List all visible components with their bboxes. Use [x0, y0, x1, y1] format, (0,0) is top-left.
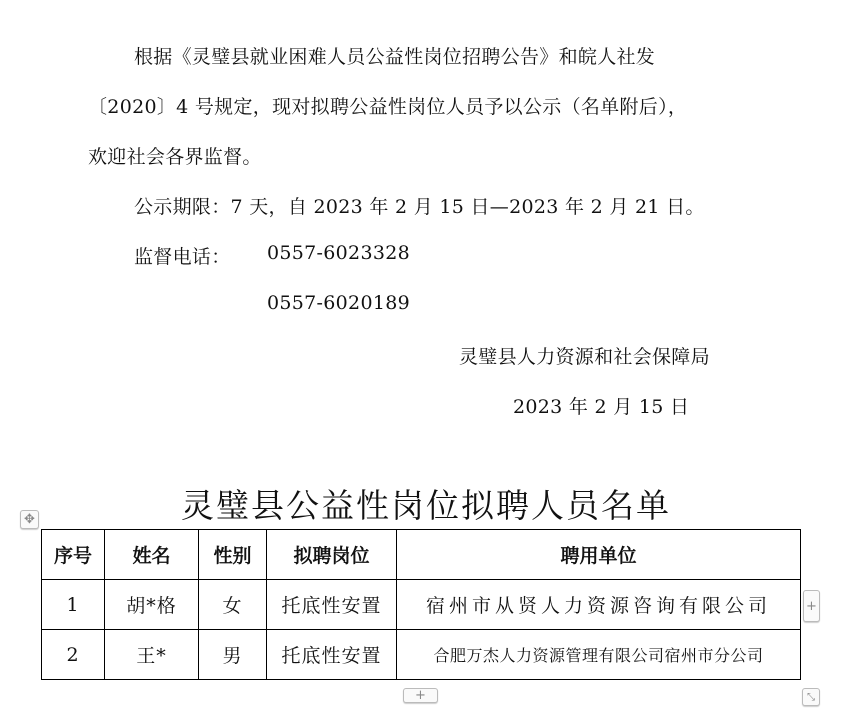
- cell-index[interactable]: 1: [42, 580, 105, 630]
- paragraph-line-1: 根据《灵璧县就业困难人员公益性岗位招聘公告》和皖人社发: [134, 42, 655, 69]
- table-move-handle[interactable]: ✥: [20, 510, 39, 529]
- header-position: 拟聘岗位: [267, 530, 397, 580]
- phone-number-2: 0557-6020189: [267, 292, 410, 314]
- cell-gender[interactable]: 男: [199, 630, 267, 680]
- move-icon: ✥: [24, 512, 35, 527]
- paragraph-line-3: 欢迎社会各界监督。: [88, 142, 262, 169]
- table-row: 2 王* 男 托底性安置 合肥万杰人力资源管理有限公司宿州市分公司: [42, 630, 801, 680]
- cell-name[interactable]: 胡*格: [105, 580, 199, 630]
- publicity-period: 公示期限：7 天，自 2023 年 2 月 15 日—2023 年 2 月 21…: [134, 192, 705, 219]
- signature: 灵璧县人力资源和社会保障局: [459, 342, 710, 369]
- table-title: 灵璧县公益性岗位拟聘人员名单: [0, 480, 852, 527]
- cell-position[interactable]: 托底性安置: [267, 580, 397, 630]
- resize-icon: ⤡: [807, 692, 815, 703]
- cell-employer[interactable]: 合肥万杰人力资源管理有限公司宿州市分公司: [397, 630, 801, 680]
- add-column-button[interactable]: +: [803, 590, 820, 622]
- phone-label: 监督电话：: [134, 242, 231, 269]
- header-gender: 性别: [199, 530, 267, 580]
- cell-gender[interactable]: 女: [199, 580, 267, 630]
- table-row: 1 胡*格 女 托底性安置 宿州市从贤人力资源咨询有限公司: [42, 580, 801, 630]
- cell-index[interactable]: 2: [42, 630, 105, 680]
- header-name: 姓名: [105, 530, 199, 580]
- table-resize-handle[interactable]: ⤡: [802, 688, 820, 706]
- header-employer: 聘用单位: [397, 530, 801, 580]
- cell-name[interactable]: 王*: [105, 630, 199, 680]
- add-row-button[interactable]: +: [403, 688, 438, 703]
- cell-employer[interactable]: 宿州市从贤人力资源咨询有限公司: [397, 580, 801, 630]
- plus-icon: +: [806, 599, 817, 614]
- phone-number-1: 0557-6023328: [267, 242, 410, 264]
- header-index: 序号: [42, 530, 105, 580]
- paragraph-line-2: 〔2020〕4 号规定，现对拟聘公益性岗位人员予以公示（名单附后），: [88, 92, 687, 119]
- table-header-row: 序号 姓名 性别 拟聘岗位 聘用单位: [42, 530, 801, 580]
- plus-icon: +: [415, 688, 426, 703]
- signature-date: 2023 年 2 月 15 日: [513, 392, 689, 419]
- personnel-table: 序号 姓名 性别 拟聘岗位 聘用单位 1 胡*格 女 托底性安置 宿州市从贤人力…: [41, 529, 801, 680]
- cell-position[interactable]: 托底性安置: [267, 630, 397, 680]
